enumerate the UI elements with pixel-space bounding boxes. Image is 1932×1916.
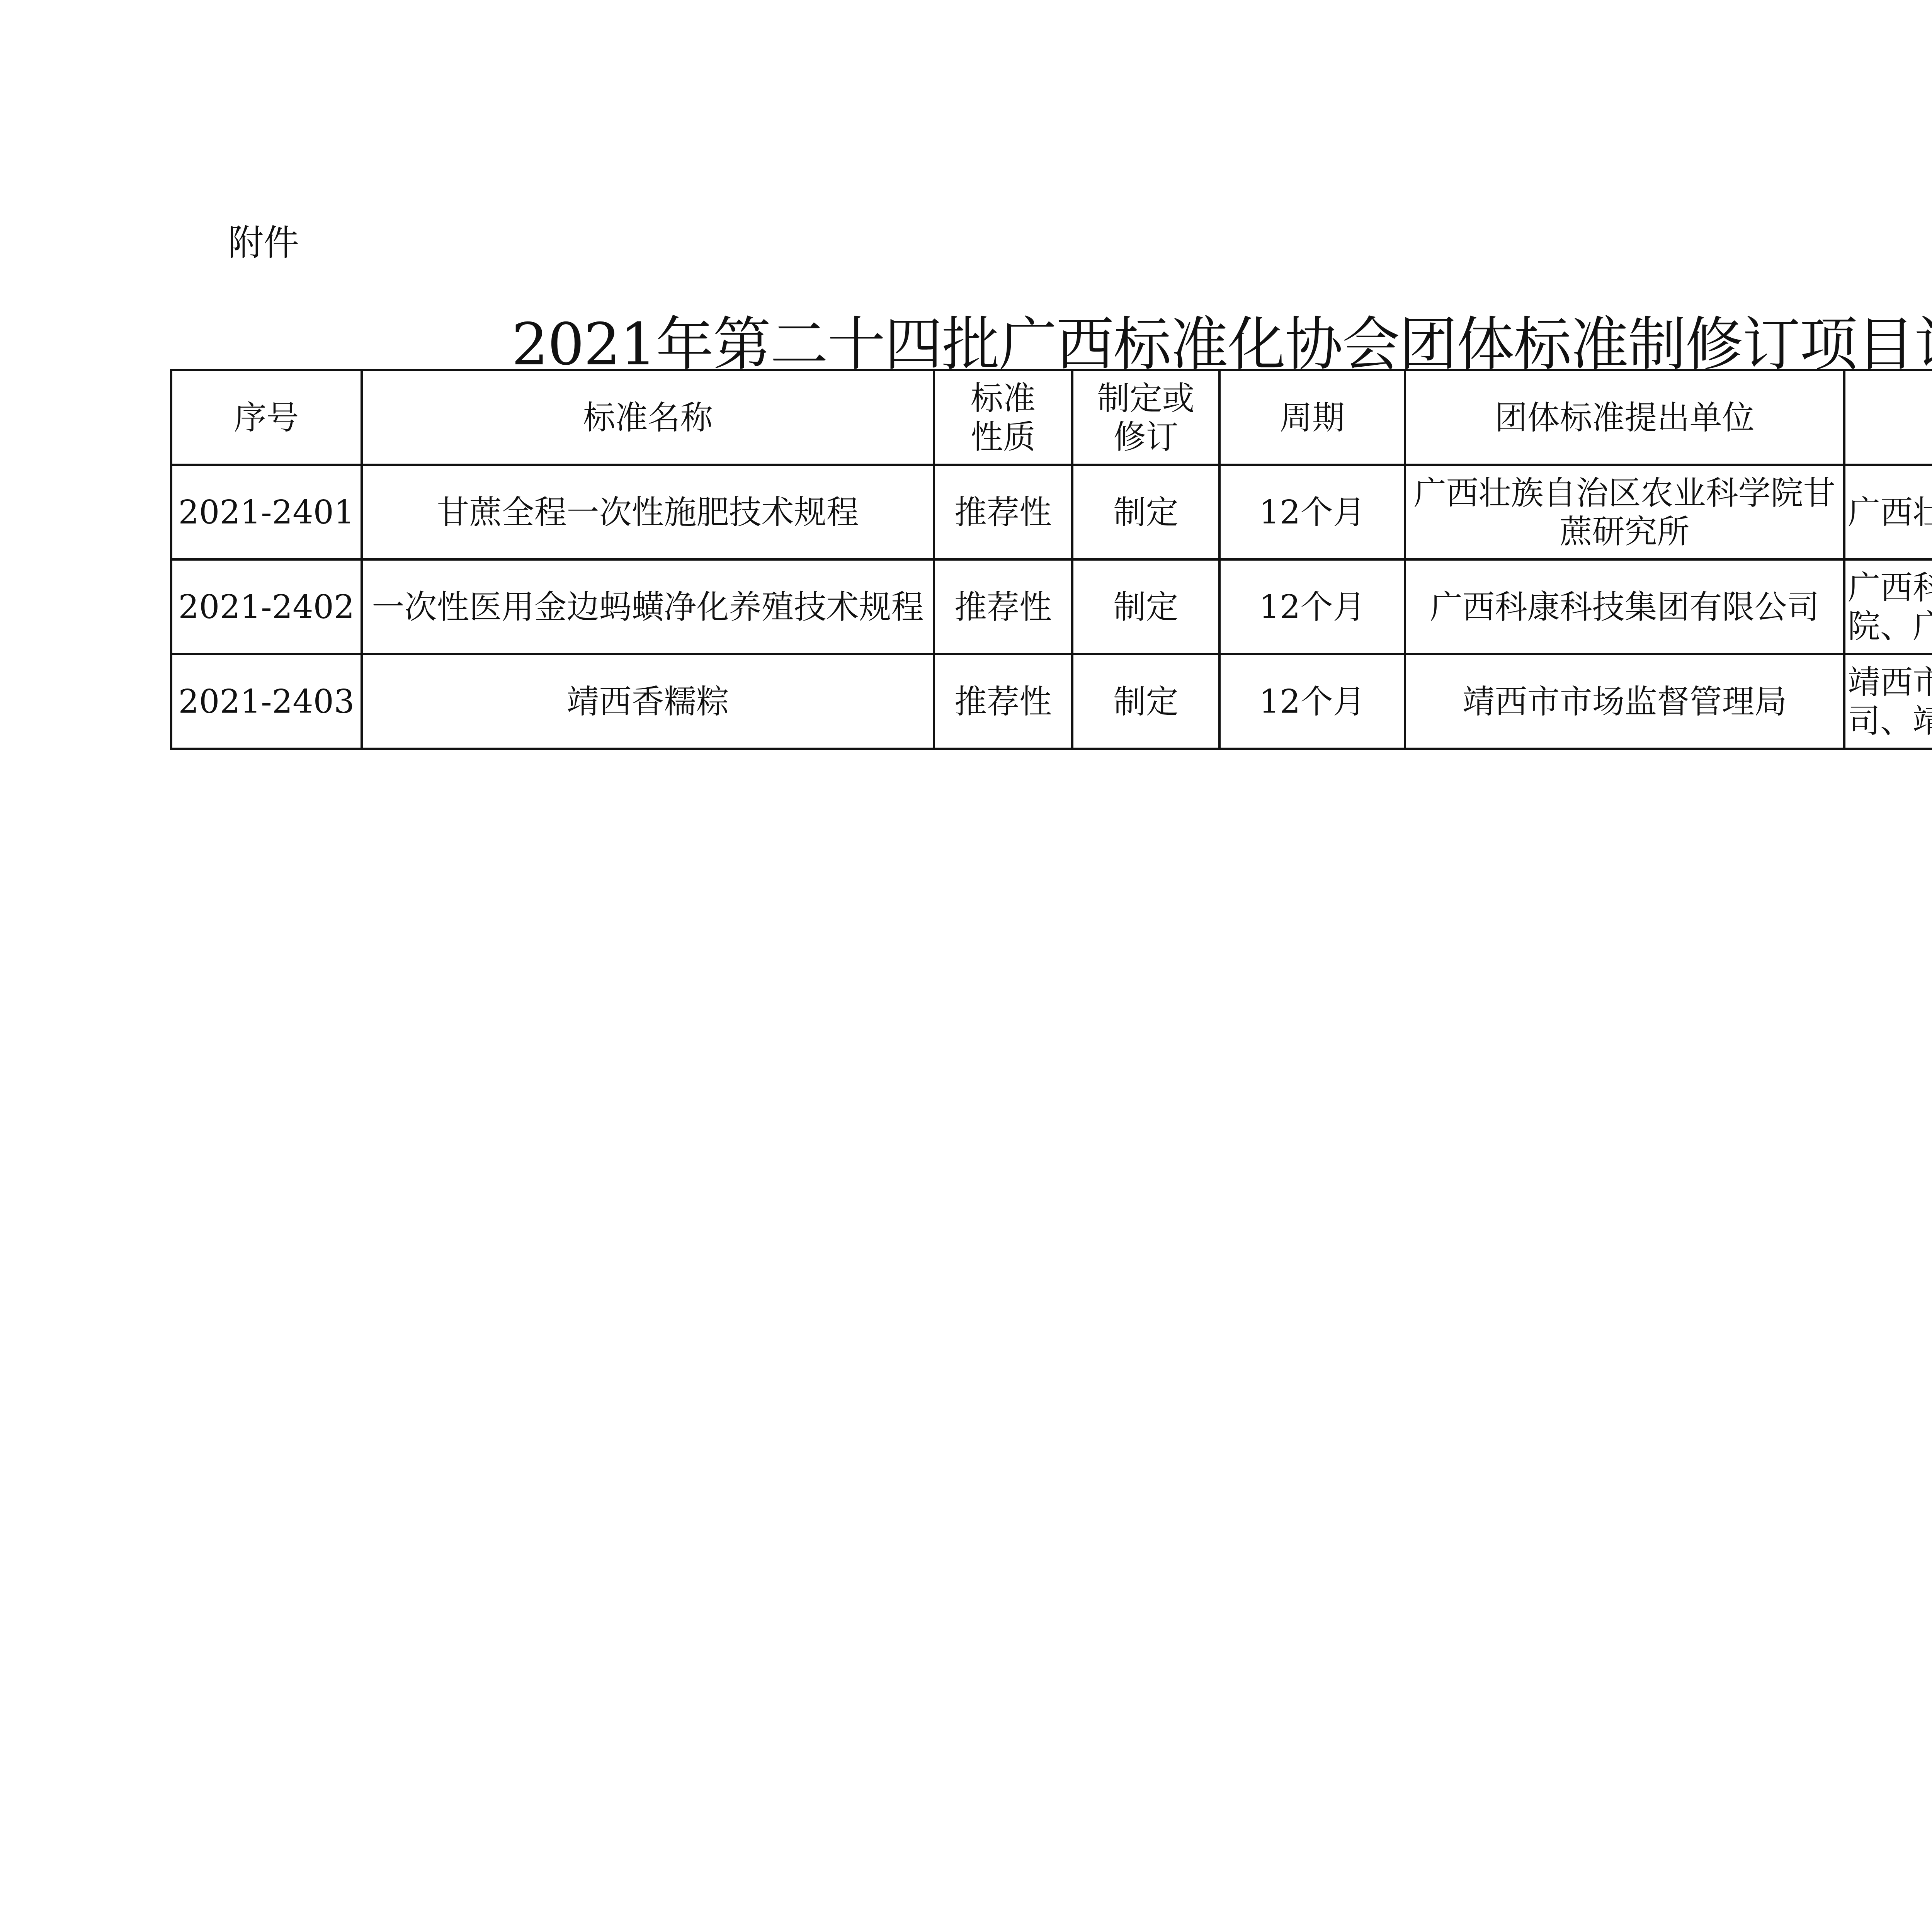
header-drafter: 主要负责起草单位 bbox=[1844, 370, 1932, 465]
cell-standard-name: 靖西香糯粽 bbox=[362, 654, 934, 749]
project-plan-table: 序号 标准名称 标准性质 制定或修订 周期 团体标准提出单位 主要负责起草单位 … bbox=[170, 369, 1932, 750]
cell-nature: 推荐性 bbox=[934, 465, 1072, 559]
cell-standard-name: 甘蔗全程一次性施肥技术规程 bbox=[362, 465, 934, 559]
table-header-row: 序号 标准名称 标准性质 制定或修订 周期 团体标准提出单位 主要负责起草单位 bbox=[171, 370, 1932, 465]
cell-serial: 2021-2401 bbox=[171, 465, 362, 559]
cell-serial: 2021-2403 bbox=[171, 654, 362, 749]
attachment-label: 附件 bbox=[228, 214, 299, 265]
cell-period: 12个月 bbox=[1219, 465, 1405, 559]
cell-type: 制定 bbox=[1072, 465, 1219, 559]
header-period: 周期 bbox=[1219, 370, 1405, 465]
cell-serial: 2021-2402 bbox=[171, 559, 362, 654]
cell-type: 制定 bbox=[1072, 654, 1219, 749]
header-standard-nature: 标准性质 bbox=[934, 370, 1072, 465]
cell-drafter: 广西科康科技集团有限公司、广西国际壮医医院、广西中医药大学 bbox=[1844, 559, 1932, 654]
cell-nature: 推荐性 bbox=[934, 654, 1072, 749]
cell-proposer: 广西科康科技集团有限公司 bbox=[1405, 559, 1844, 654]
header-serial: 序号 bbox=[171, 370, 362, 465]
header-standard-name: 标准名称 bbox=[362, 370, 934, 465]
cell-standard-name: 一次性医用金边蚂蟥净化养殖技术规程 bbox=[362, 559, 934, 654]
document-title: 2021年第二十四批广西标准化协会团体标准制修订项目计划汇总表 bbox=[0, 298, 1932, 381]
table-row: 2021-2401 甘蔗全程一次性施肥技术规程 推荐性 制定 12个月 广西壮族… bbox=[171, 465, 1932, 559]
cell-proposer: 靖西市市场监督管理局 bbox=[1405, 654, 1844, 749]
cell-period: 12个月 bbox=[1219, 559, 1405, 654]
cell-nature: 推荐性 bbox=[934, 559, 1072, 654]
cell-drafter: 广西壮族自治区农业科学院甘蔗研究所 bbox=[1844, 465, 1932, 559]
cell-proposer: 广西壮族自治区农业科学院甘蔗研究所 bbox=[1405, 465, 1844, 559]
header-proposer: 团体标准提出单位 bbox=[1405, 370, 1844, 465]
cell-drafter: 靖西市市场监督管理局、靖西市桂糯食品有限公司、靖西市东利香米业有限公司 bbox=[1844, 654, 1932, 749]
cell-period: 12个月 bbox=[1219, 654, 1405, 749]
table-row: 2021-2402 一次性医用金边蚂蟥净化养殖技术规程 推荐性 制定 12个月 … bbox=[171, 559, 1932, 654]
cell-type: 制定 bbox=[1072, 559, 1219, 654]
table-row: 2021-2403 靖西香糯粽 推荐性 制定 12个月 靖西市市场监督管理局 靖… bbox=[171, 654, 1932, 749]
header-establish-or-revise: 制定或修订 bbox=[1072, 370, 1219, 465]
